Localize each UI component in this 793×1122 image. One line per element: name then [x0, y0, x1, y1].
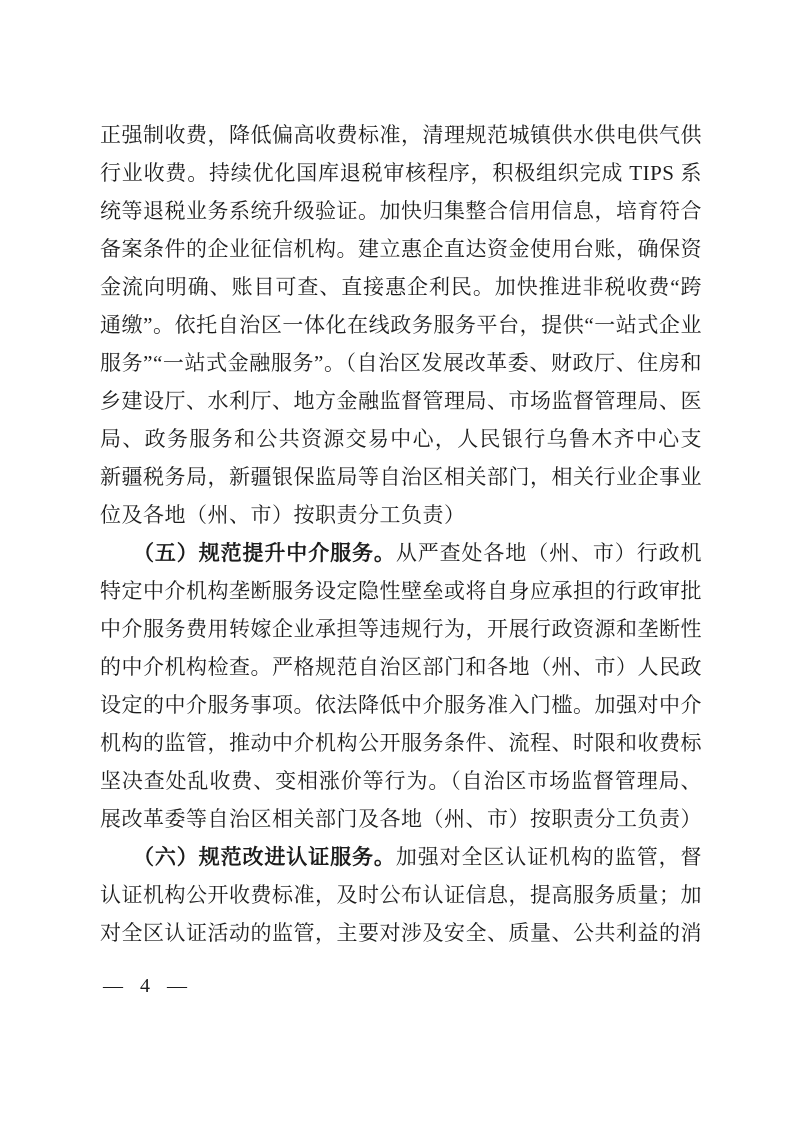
text-line: 坚决查处乱收费、变相涨价等行为。（自治区市场监督管理局、发 [100, 762, 702, 800]
line-text: 备案条件的企业征信机构。建立惠企直达资金使用台账，确保资 [100, 237, 702, 261]
line-text: 金流向明确、账目可查、直接惠企利民。加快推进非税收费“跨省 [100, 275, 702, 306]
section-heading: （五）规范提升中介服务。 [133, 541, 396, 565]
text-line: 展改革委等自治区相关部门及各地（州、市）按职责分工负责） [100, 800, 702, 838]
text-line: 特定中介机构垄断服务设定隐性壁垒或将自身应承担的行政审批 [100, 572, 702, 610]
line-text: 乡建设厅、水利厅、地方金融监督管理局、市场监督管理局、医保 [100, 389, 702, 420]
line-text: 对全区认证活动的监管，主要对涉及安全、质量、公共利益的消防、 [100, 921, 702, 952]
text-line: （六）规范改进认证服务。加强对全区认证机构的监管，督促 [100, 838, 702, 876]
line-text: 统等退税业务系统升级验证。加快归集整合信用信息，培育符合 [100, 199, 702, 223]
text-line: 行业收费。持续优化国库退税审核程序，积极组织完成 TIPS 系 [100, 154, 702, 192]
line-text: 设定的中介服务事项。依法降低中介服务准入门槛。加强对中介 [100, 693, 702, 717]
text-line: 新疆税务局，新疆银保监局等自治区相关部门，相关行业企事业单 [100, 458, 702, 496]
text-line: 中介服务费用转嫁企业承担等违规行为，开展行政资源和垄断性 [100, 610, 702, 648]
line-text: 认证机构公开收费标准，及时公布认证信息，提高服务质量；加强 [100, 883, 702, 914]
line-text: 展改革委等自治区相关部门及各地（州、市）按职责分工负责） [100, 807, 702, 831]
line-text: 局、政务服务和公共资源交易中心，人民银行乌鲁木齐中心支行， [100, 427, 702, 458]
document-page: 正强制收费，降低偏高收费标准，清理规范城镇供水供电供气供暖行业收费。持续优化国库… [0, 0, 793, 1122]
text-line: 服务”“一站式金融服务”。（自治区发展改革委、财政厅、住房和城 [100, 344, 702, 382]
line-text: 特定中介机构垄断服务设定隐性壁垒或将自身应承担的行政审批 [100, 579, 702, 603]
text-line: 通缴”。依托自治区一体化在线政务服务平台，提供“一站式企业 [100, 306, 702, 344]
line-text: 服务”“一站式金融服务”。（自治区发展改革委、财政厅、住房和城 [100, 351, 702, 382]
text-line: 备案条件的企业征信机构。建立惠企直达资金使用台账，确保资 [100, 230, 702, 268]
text-line: 正强制收费，降低偏高收费标准，清理规范城镇供水供电供气供暖 [100, 116, 702, 154]
text-line: 对全区认证活动的监管，主要对涉及安全、质量、公共利益的消防、 [100, 914, 702, 952]
text-line: 金流向明确、账目可查、直接惠企利民。加快推进非税收费“跨省 [100, 268, 702, 306]
document-body: 正强制收费，降低偏高收费标准，清理规范城镇供水供电供气供暖行业收费。持续优化国库… [100, 116, 702, 952]
line-text: 中介服务费用转嫁企业承担等违规行为，开展行政资源和垄断性 [100, 617, 702, 641]
text-line: 机构的监管，推动中介机构公开服务条件、流程、时限和收费标准， [100, 724, 702, 762]
section-heading: （六）规范改进认证服务。 [133, 845, 396, 869]
text-line: 统等退税业务系统升级验证。加快归集整合信用信息，培育符合 [100, 192, 702, 230]
line-text: 通缴”。依托自治区一体化在线政务服务平台，提供“一站式企业 [100, 313, 702, 337]
page-number-text: — 4 — [103, 975, 188, 997]
text-line: 局、政务服务和公共资源交易中心，人民银行乌鲁木齐中心支行， [100, 420, 702, 458]
line-text: 正强制收费，降低偏高收费标准，清理规范城镇供水供电供气供暖 [100, 123, 702, 154]
line-text: 行业收费。持续优化国库退税审核程序，积极组织完成 TIPS 系 [100, 161, 702, 185]
line-text: 坚决查处乱收费、变相涨价等行为。（自治区市场监督管理局、发 [100, 769, 702, 800]
text-line: 的中介机构检查。严格规范自治区部门和各地（州、市）人民政府 [100, 648, 702, 686]
text-line: 乡建设厅、水利厅、地方金融监督管理局、市场监督管理局、医保 [100, 382, 702, 420]
text-line: （五）规范提升中介服务。从严查处各地（州、市）行政机关为 [100, 534, 702, 572]
text-line: 位及各地（州、市）按职责分工负责） [100, 496, 702, 534]
page-number: — 4 — [103, 972, 188, 1000]
line-text: 位及各地（州、市）按职责分工负责） [100, 503, 466, 527]
line-text: 新疆税务局，新疆银保监局等自治区相关部门，相关行业企事业单 [100, 465, 702, 496]
line-text: 机构的监管，推动中介机构公开服务条件、流程、时限和收费标准， [100, 731, 702, 762]
line-text: 的中介机构检查。严格规范自治区部门和各地（州、市）人民政府 [100, 655, 702, 686]
text-line: 认证机构公开收费标准，及时公布认证信息，提高服务质量；加强 [100, 876, 702, 914]
text-line: 设定的中介服务事项。依法降低中介服务准入门槛。加强对中介 [100, 686, 702, 724]
